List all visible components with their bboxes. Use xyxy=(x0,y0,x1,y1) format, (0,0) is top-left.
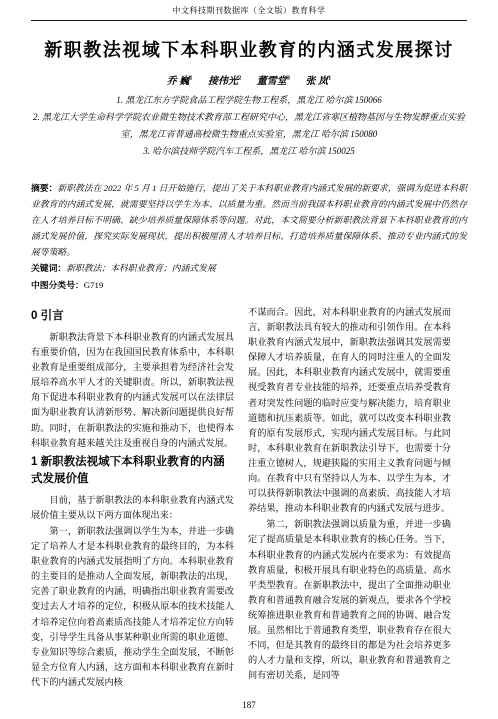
affiliation-line: 1. 黑龙江东方学院食品工程学院生物工程系，黑龙江 哈尔滨 150066 xyxy=(31,92,467,109)
paragraph-continuation: 不谋而合。因此，对本科职业教育的内涵式发展而言，新职教法具有较大的推动和引领作用… xyxy=(248,305,451,516)
right-column: 不谋而合。因此，对本科职业教育的内涵式发展而言，新职教法具有较大的推动和引领作用… xyxy=(248,305,451,691)
section-heading-0: 0 引言 xyxy=(31,308,234,325)
abstract-label: 摘要： xyxy=(31,183,57,193)
author-name: 董雪堂 xyxy=(257,76,287,87)
body-columns: 0 引言 新职教法背景下本科职业教育的内涵式发展具有重要价值，因为在我国国民教育… xyxy=(31,305,467,691)
author-line: 乔 巍1 接伟光2 董雪堂3 张 岚1 xyxy=(31,72,467,87)
author: 乔 巍1 xyxy=(167,76,193,87)
author-name: 乔 巍 xyxy=(167,76,190,87)
clc-line: 中图分类号：G719 xyxy=(31,277,467,294)
abstract-block: 摘要：新职教法在 2022 年 5 月 1 日开始施行，提出了关于本科职业教育内… xyxy=(31,180,467,260)
section-heading-1: 1 新职教法视域下本科职业教育的内涵式发展价值 xyxy=(31,454,234,488)
keywords-label: 关键词： xyxy=(31,263,66,273)
clc-number: G719 xyxy=(84,280,104,290)
author-affiliation-marker: 3 xyxy=(287,75,290,82)
keywords-line: 关键词：新职教法；本科职业教育；内涵式发展 xyxy=(31,260,467,277)
author: 接伟光2 xyxy=(208,76,241,87)
abstract-text: 新职教法在 2022 年 5 月 1 日开始施行，提出了关于本科职业教育内涵式发… xyxy=(31,183,467,257)
page-number: 187 xyxy=(0,700,498,710)
paragraph: 第二，新职教法强调以质量为重，并进一步确定了提高质量是本科职业教育的核心任务。当… xyxy=(248,517,451,683)
paragraph: 目前，基于新职教法的本科职业教育内涵式发展价值主要从以下两方面体现出来： xyxy=(31,493,234,523)
article-title: 新职教法视域下本科职业教育的内涵式发展探讨 xyxy=(31,36,467,62)
author-name: 张 岚 xyxy=(306,76,329,87)
journal-title: 中文科技期刊数据库（全文版）教育科学 xyxy=(173,6,326,15)
author-name: 接伟光 xyxy=(208,76,238,87)
author: 董雪堂3 xyxy=(257,76,290,87)
document-page: 中文科技期刊数据库（全文版）教育科学 新职教法视域下本科职业教育的内涵式发展探讨… xyxy=(0,0,498,719)
paragraph: 第一，新职教法强调以学生为本，并进一步确定了培养人才是本科职业教育的最终目的，为… xyxy=(31,524,234,690)
author-affiliation-marker: 1 xyxy=(328,75,331,82)
author-affiliation-marker: 1 xyxy=(189,75,192,82)
author: 张 岚1 xyxy=(306,76,332,87)
affiliation-line: 2. 黑龙江大学生命科学学院农业微生物技术教育部工程研究中心，黑龙江省寒区植物基… xyxy=(31,109,467,143)
paragraph: 新职教法背景下本科职业教育的内涵式发展具有重要价值，因为在我国国民教育体系中，本… xyxy=(31,330,234,451)
affiliation-line: 3. 哈尔滨技师学院汽车工程系，黑龙江 哈尔滨 150025 xyxy=(31,143,467,160)
left-column: 0 引言 新职教法背景下本科职业教育的内涵式发展具有重要价值，因为在我国国民教育… xyxy=(31,305,234,691)
author-affiliation-marker: 2 xyxy=(238,75,241,82)
affiliation-list: 1. 黑龙江东方学院食品工程学院生物工程系，黑龙江 哈尔滨 150066 2. … xyxy=(31,92,467,160)
journal-header: 中文科技期刊数据库（全文版）教育科学 xyxy=(31,5,467,21)
clc-label: 中图分类号： xyxy=(31,280,84,290)
keywords-text: 新职教法；本科职业教育；内涵式发展 xyxy=(66,263,216,273)
